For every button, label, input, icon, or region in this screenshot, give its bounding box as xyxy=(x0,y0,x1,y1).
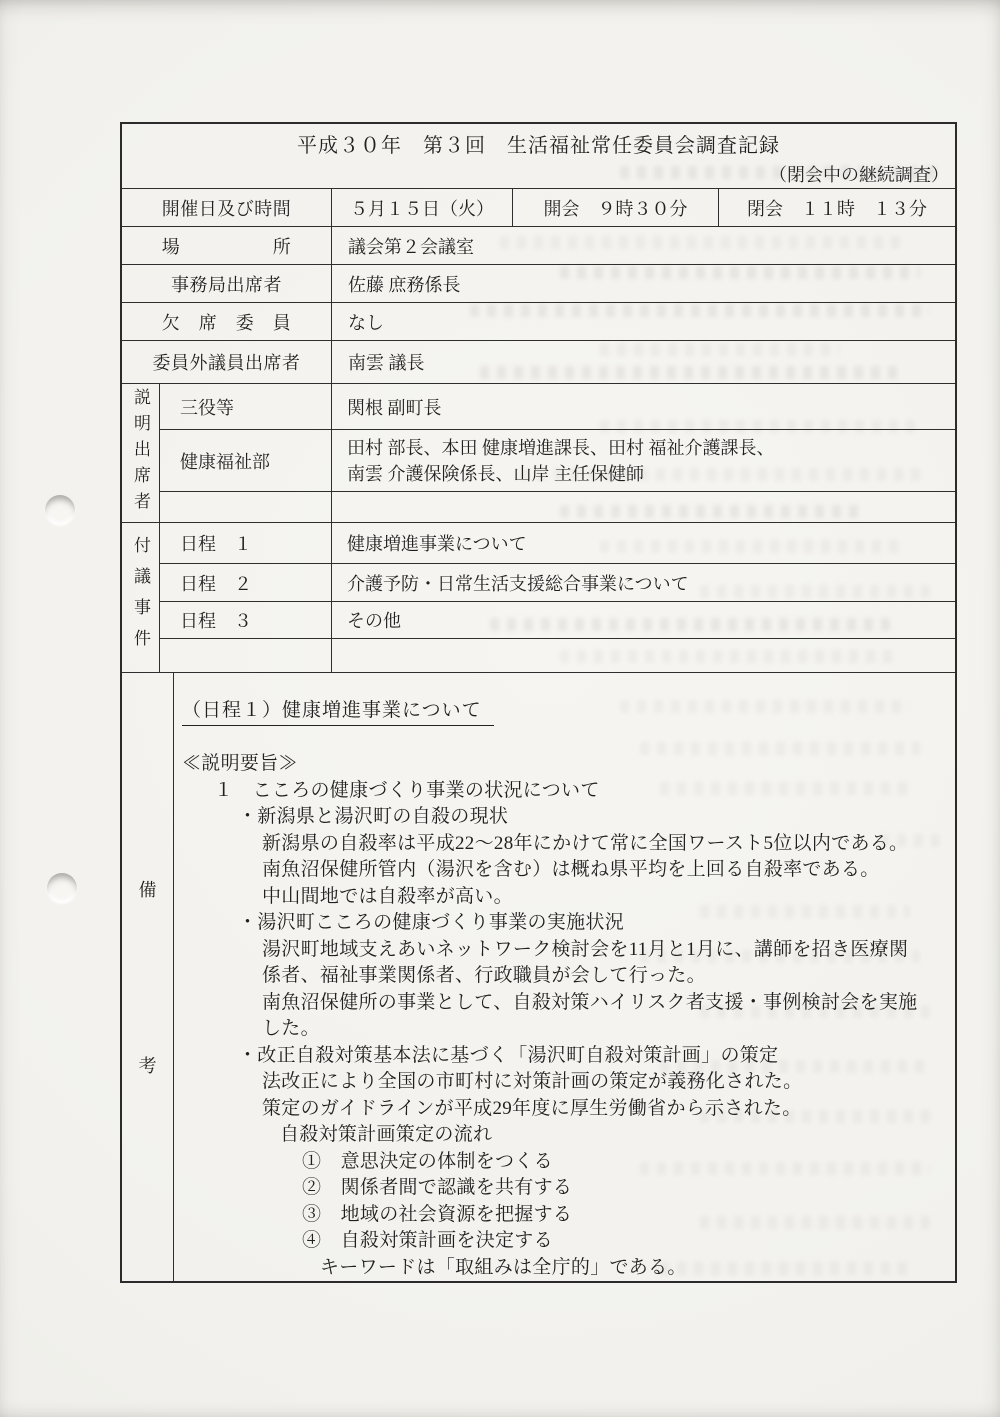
agenda-item-title: その他 xyxy=(332,602,955,638)
observer-value: 南雲 議長 xyxy=(332,341,955,383)
notes-line: １ こころの健康づくり事業の状況について xyxy=(174,778,945,805)
title-row: 平成３０年 第３回 生活福祉常任委員会調査記録 （閉会中の継続調査） xyxy=(122,124,955,188)
datetime-open: 開会 ９時３０分 xyxy=(513,189,719,226)
notes-line: ② 関係者間で認識を共有する xyxy=(174,1175,945,1202)
notes-body: （日程１）健康増進事業について ≪説明要旨≫ １ こころの健康づくり事業の状況に… xyxy=(174,673,955,1281)
notes-section-label: 備 考 xyxy=(122,673,174,1281)
notes-line: キーワードは「取組みは全庁的」である。 xyxy=(174,1255,945,1282)
row-venue: 場 所 議会第２会議室 xyxy=(122,226,955,264)
row-absent-members: 欠 席 委 員 なし xyxy=(122,302,955,340)
observer-label: 委員外議員出席者 xyxy=(122,341,332,383)
notes-line: 係者、福祉事業関係者、行政職員が会して行った。 xyxy=(174,963,945,990)
agenda-item-number: 日程 １ xyxy=(160,523,332,563)
datetime-label: 開催日及び時間 xyxy=(122,189,332,226)
explainer-names: 関根 副町長 xyxy=(332,384,955,429)
absent-value: なし xyxy=(332,303,955,340)
notes-line: 南魚沼保健所の事業として、自殺対策ハイリスク者支援・事例検討会を実施 xyxy=(174,990,945,1017)
notes-line: ・新潟県と湯沢町の自殺の現状 xyxy=(174,804,945,831)
agenda-item-title: 健康増進事業について xyxy=(332,523,955,563)
section-explainers: 説明出席者 三役等 関根 副町長 健康福祉部 田村 部長、本田 健康増進課長、田… xyxy=(122,383,955,522)
document-subtitle: （閉会中の継続調査） xyxy=(122,161,955,187)
notes-line: 中山間地では自殺率が高い。 xyxy=(174,884,945,911)
agenda-item-number: 日程 ３ xyxy=(160,602,332,638)
notes-line: ③ 地域の社会資源を把握する xyxy=(174,1202,945,1229)
datetime-date: ５月１５日（火） xyxy=(332,189,513,226)
notes-line: ・湯沢町こころの健康づくり事業の実施状況 xyxy=(174,910,945,937)
absent-label: 欠 席 委 員 xyxy=(122,303,332,340)
row-observer: 委員外議員出席者 南雲 議長 xyxy=(122,340,955,383)
agenda-row-empty xyxy=(160,638,955,672)
section-agenda: 付議事件 日程 １ 健康増進事業について 日程 ２ 介護予防・日常生活支援総合事… xyxy=(122,522,955,672)
venue-label: 場 所 xyxy=(122,227,332,264)
notes-line: ≪説明要旨≫ xyxy=(174,751,945,778)
agenda-row: 日程 ３ その他 xyxy=(160,601,955,638)
explainer-role-label: 三役等 xyxy=(160,384,332,429)
agenda-row: 日程 １ 健康増進事業について xyxy=(160,523,955,563)
punch-hole xyxy=(47,873,77,903)
notes-line: 自殺対策計画策定の流れ xyxy=(174,1122,945,1149)
secretariat-value: 佐藤 庶務係長 xyxy=(332,265,955,302)
row-secretariat: 事務局出席者 佐藤 庶務係長 xyxy=(122,264,955,302)
explainer-row-empty xyxy=(160,491,955,522)
explainer-row: 健康福祉部 田村 部長、本田 健康増進課長、田村 福祉介護課長、 南雲 介護保険… xyxy=(160,429,955,491)
venue-value: 議会第２会議室 xyxy=(332,227,955,264)
notes-line: 策定のガイドラインが平成29年度に厚生労働省から示された。 xyxy=(174,1096,945,1123)
punch-hole xyxy=(45,495,75,525)
notes-line: ① 意思決定の体制をつくる xyxy=(174,1149,945,1176)
explainer-role-label: 健康福祉部 xyxy=(160,430,332,491)
notes-line: 南魚沼保健所管内（湯沢を含む）は概ね県平均を上回る自殺率である。 xyxy=(174,857,945,884)
document-title: 平成３０年 第３回 生活福祉常任委員会調査記録 xyxy=(122,125,955,158)
notes-lines: ≪説明要旨≫ １ こころの健康づくり事業の状況について ・新潟県と湯沢町の自殺の… xyxy=(174,751,945,1281)
explainer-row: 三役等 関根 副町長 xyxy=(160,384,955,429)
secretariat-label: 事務局出席者 xyxy=(122,265,332,302)
meeting-record-table: 平成３０年 第３回 生活福祉常任委員会調査記録 （閉会中の継続調査） 開催日及び… xyxy=(120,122,957,1283)
datetime-close: 閉会 １１時 １３分 xyxy=(719,189,955,226)
agenda-section-label: 付議事件 xyxy=(122,523,160,672)
notes-heading: （日程１）健康増進事業について xyxy=(174,695,945,726)
section-notes: 備 考 （日程１）健康増進事業について ≪説明要旨≫ １ こころの健康づくり事業… xyxy=(122,672,955,1281)
notes-line: ④ 自殺対策計画を決定する xyxy=(174,1228,945,1255)
notes-line: ・改正自殺対策基本法に基づく「湯沢町自殺対策計画」の策定 xyxy=(174,1043,945,1070)
explainer-names: 田村 部長、本田 健康増進課長、田村 福祉介護課長、 南雲 介護保険係長、山岸 … xyxy=(332,430,955,491)
agenda-item-number: 日程 ２ xyxy=(160,564,332,601)
explainers-section-label: 説明出席者 xyxy=(122,384,160,522)
row-datetime: 開催日及び時間 ５月１５日（火） 開会 ９時３０分 閉会 １１時 １３分 xyxy=(122,188,955,226)
notes-line: 法改正により全国の市町村に対策計画の策定が義務化された。 xyxy=(174,1069,945,1096)
agenda-row: 日程 ２ 介護予防・日常生活支援総合事業について xyxy=(160,563,955,601)
agenda-item-title: 介護予防・日常生活支援総合事業について xyxy=(332,564,955,601)
scanned-page: 平成３０年 第３回 生活福祉常任委員会調査記録 （閉会中の継続調査） 開催日及び… xyxy=(0,0,1000,1417)
notes-line: 湯沢町地域支えあいネットワーク検討会を11月と1月に、講師を招き医療関 xyxy=(174,937,945,964)
notes-line: 新潟県の自殺率は平成22～28年にかけて常に全国ワースト5位以内である。 xyxy=(174,831,945,858)
notes-line: した。 xyxy=(174,1016,945,1043)
